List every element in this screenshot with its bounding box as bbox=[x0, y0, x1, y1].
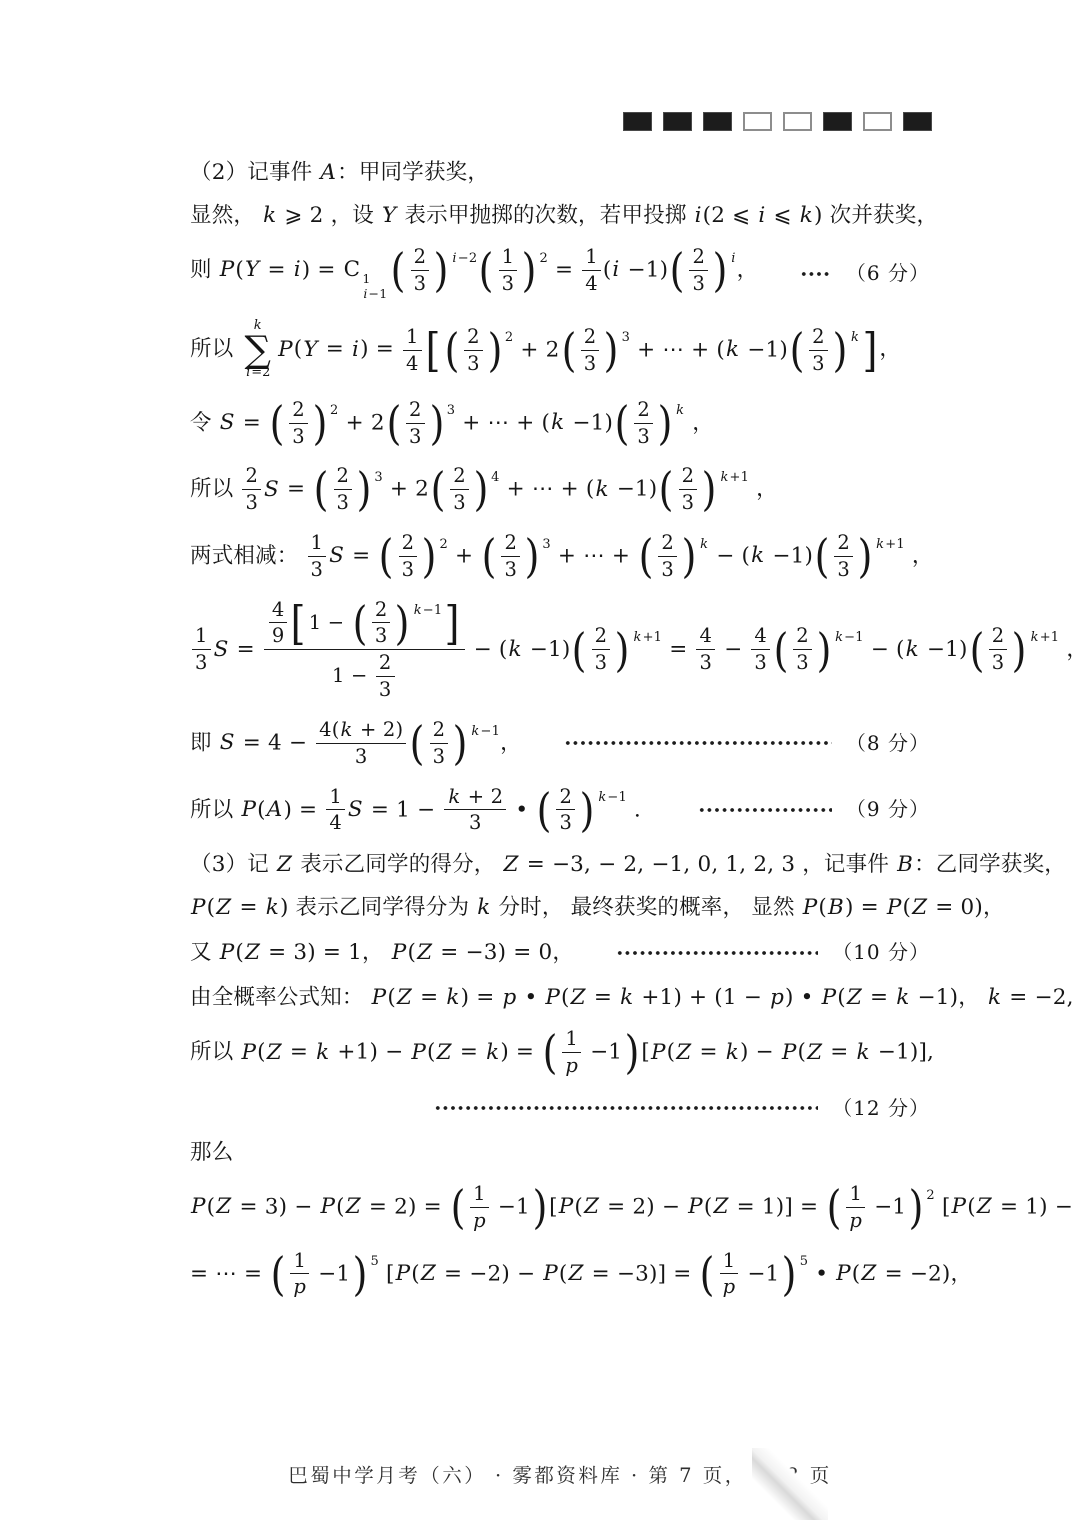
mark-square-empty bbox=[863, 112, 892, 131]
solution-line-12: P(Z = k) 表示乙同学得分为 k 分时， 最终获奖的概率， 显然 P(B)… bbox=[190, 893, 930, 922]
math-expression: P(Z = k) 表示乙同学得分为 k 分时， 最终获奖的概率， 显然 P(B)… bbox=[190, 893, 1005, 922]
math-expression: 又 P(Z = 3) = 1， P(Z = −3) = 0， bbox=[190, 938, 574, 967]
solution-line-3: 则 P(Y = i) = C1i−1(23)i−2(13)2 = 14(i −1… bbox=[190, 246, 930, 301]
math-expression: 即 S = 4 − 4(k + 2)3(23)k−1， bbox=[190, 719, 522, 768]
solution-line-4: 所以 k∑i=2P(Y = i) = 14[(23)2 + 2(23)3 + ⋯… bbox=[190, 319, 930, 380]
solution-line-11: （3）记 Z 表示乙同学的得分， Z = −3, − 2, −1, 0, 1, … bbox=[190, 850, 930, 879]
solution-line-14: 由全概率公式知： P(Z = k) = p • P(Z = k +1) + (1… bbox=[190, 983, 930, 1012]
solution-line-16: （12 分） bbox=[190, 1095, 930, 1122]
solution-line-9: 即 S = 4 − 4(k + 2)3(23)k−1，（8 分） bbox=[190, 719, 930, 768]
solution-line-2: 显然， k ⩾ 2 ，设 Y 表示甲抛掷的次数，若甲投掷 i(2 ⩽ i ⩽ k… bbox=[190, 201, 930, 230]
score-label: （12 分） bbox=[832, 1095, 930, 1122]
solution-lines: （2）记事件 A：甲同学获奖，显然， k ⩾ 2 ，设 Y 表示甲抛掷的次数，若… bbox=[190, 151, 930, 1307]
math-expression: = ⋯ = (1p −1)5 [P(Z = −2) − P(Z = −3)] =… bbox=[190, 1250, 972, 1299]
math-expression: P(Z = 3) − P(Z = 2) = (1p −1)[P(Z = 2) −… bbox=[190, 1183, 1080, 1232]
math-expression: 显然， k ⩾ 2 ，设 Y 表示甲抛掷的次数，若甲投掷 i(2 ⩽ i ⩽ k… bbox=[190, 201, 938, 230]
math-expression: 那么 bbox=[190, 1138, 233, 1167]
score-label: （10 分） bbox=[832, 939, 930, 966]
solution-line-18: P(Z = 3) − P(Z = 2) = (1p −1)[P(Z = 2) −… bbox=[190, 1183, 930, 1232]
math-expression: 所以 23S = (23)3 + 2(23)4 + ⋯ + (k −1)(23)… bbox=[190, 465, 778, 514]
dotted-leader bbox=[800, 271, 832, 277]
score-label: （8 分） bbox=[846, 730, 930, 757]
dotted-leader bbox=[564, 740, 832, 746]
mark-square-filled bbox=[903, 112, 932, 131]
exam-solution-page: （2）记事件 A：甲同学获奖，显然， k ⩾ 2 ，设 Y 表示甲抛掷的次数，若… bbox=[0, 0, 1080, 1528]
math-expression: 两式相减： 13S = (23)2 + (23)3 + ⋯ + (23)k − … bbox=[190, 532, 934, 581]
mark-square-filled bbox=[823, 112, 852, 131]
math-expression: （3）记 Z 表示乙同学的得分， Z = −3, − 2, −1, 0, 1, … bbox=[190, 850, 1066, 879]
solution-line-1: （2）记事件 A：甲同学获奖， bbox=[190, 158, 930, 187]
math-expression: 由全概率公式知： P(Z = k) = p • P(Z = k +1) + (1… bbox=[190, 983, 1080, 1012]
dotted-leader bbox=[434, 1105, 818, 1111]
solution-line-8: 13S = 49[1 − (23)k−1]1 − 23 − (k −1)(23)… bbox=[190, 599, 930, 701]
mark-square-filled bbox=[703, 112, 732, 131]
math-expression: （2）记事件 A：甲同学获奖， bbox=[190, 158, 489, 187]
score-label: （6 分） bbox=[846, 260, 930, 287]
math-expression: 所以 k∑i=2P(Y = i) = 14[(23)2 + 2(23)3 + ⋯… bbox=[190, 319, 901, 380]
solution-line-17: 那么 bbox=[190, 1138, 930, 1167]
math-expression: 13S = 49[1 − (23)k−1]1 − 23 − (k −1)(23)… bbox=[190, 599, 1080, 701]
math-expression: 所以 P(A) = 14S = 1 − k + 23 • (23)k−1 ． bbox=[190, 786, 656, 835]
solution-line-15: 所以 P(Z = k +1) − P(Z = k) = (1p −1)[P(Z … bbox=[190, 1028, 930, 1077]
solution-line-7: 两式相减： 13S = (23)2 + (23)3 + ⋯ + (23)k − … bbox=[190, 532, 930, 581]
math-expression: 则 P(Y = i) = C1i−1(23)i−2(13)2 = 14(i −1… bbox=[190, 246, 758, 301]
mark-square-empty bbox=[783, 112, 812, 131]
mark-square-filled bbox=[663, 112, 692, 131]
solution-line-6: 所以 23S = (23)3 + 2(23)4 + ⋯ + (k −1)(23)… bbox=[190, 465, 930, 514]
page-footer: 巴蜀中学月考（六） · 雾都资料库 · 第 7 页， 共 8 页 bbox=[190, 1436, 930, 1528]
math-expression: 所以 P(Z = k +1) − P(Z = k) = (1p −1)[P(Z … bbox=[190, 1028, 934, 1077]
dotted-leader bbox=[698, 807, 832, 813]
mark-square-filled bbox=[623, 112, 652, 131]
solution-line-13: 又 P(Z = 3) = 1， P(Z = −3) = 0，（10 分） bbox=[190, 938, 930, 967]
solution-line-19: = ⋯ = (1p −1)5 [P(Z = −2) − P(Z = −3)] =… bbox=[190, 1250, 930, 1299]
mark-square-empty bbox=[743, 112, 772, 131]
solution-line-10: 所以 P(A) = 14S = 1 − k + 23 • (23)k−1 ．（9… bbox=[190, 786, 930, 835]
score-label: （9 分） bbox=[846, 796, 930, 823]
solution-line-5: 令 S = (23)2 + 2(23)3 + ⋯ + (k −1)(23)k ， bbox=[190, 399, 930, 448]
answer-sheet-marks bbox=[190, 112, 932, 131]
math-expression: 令 S = (23)2 + 2(23)3 + ⋯ + (k −1)(23)k ， bbox=[190, 399, 714, 448]
dotted-leader bbox=[616, 950, 818, 956]
